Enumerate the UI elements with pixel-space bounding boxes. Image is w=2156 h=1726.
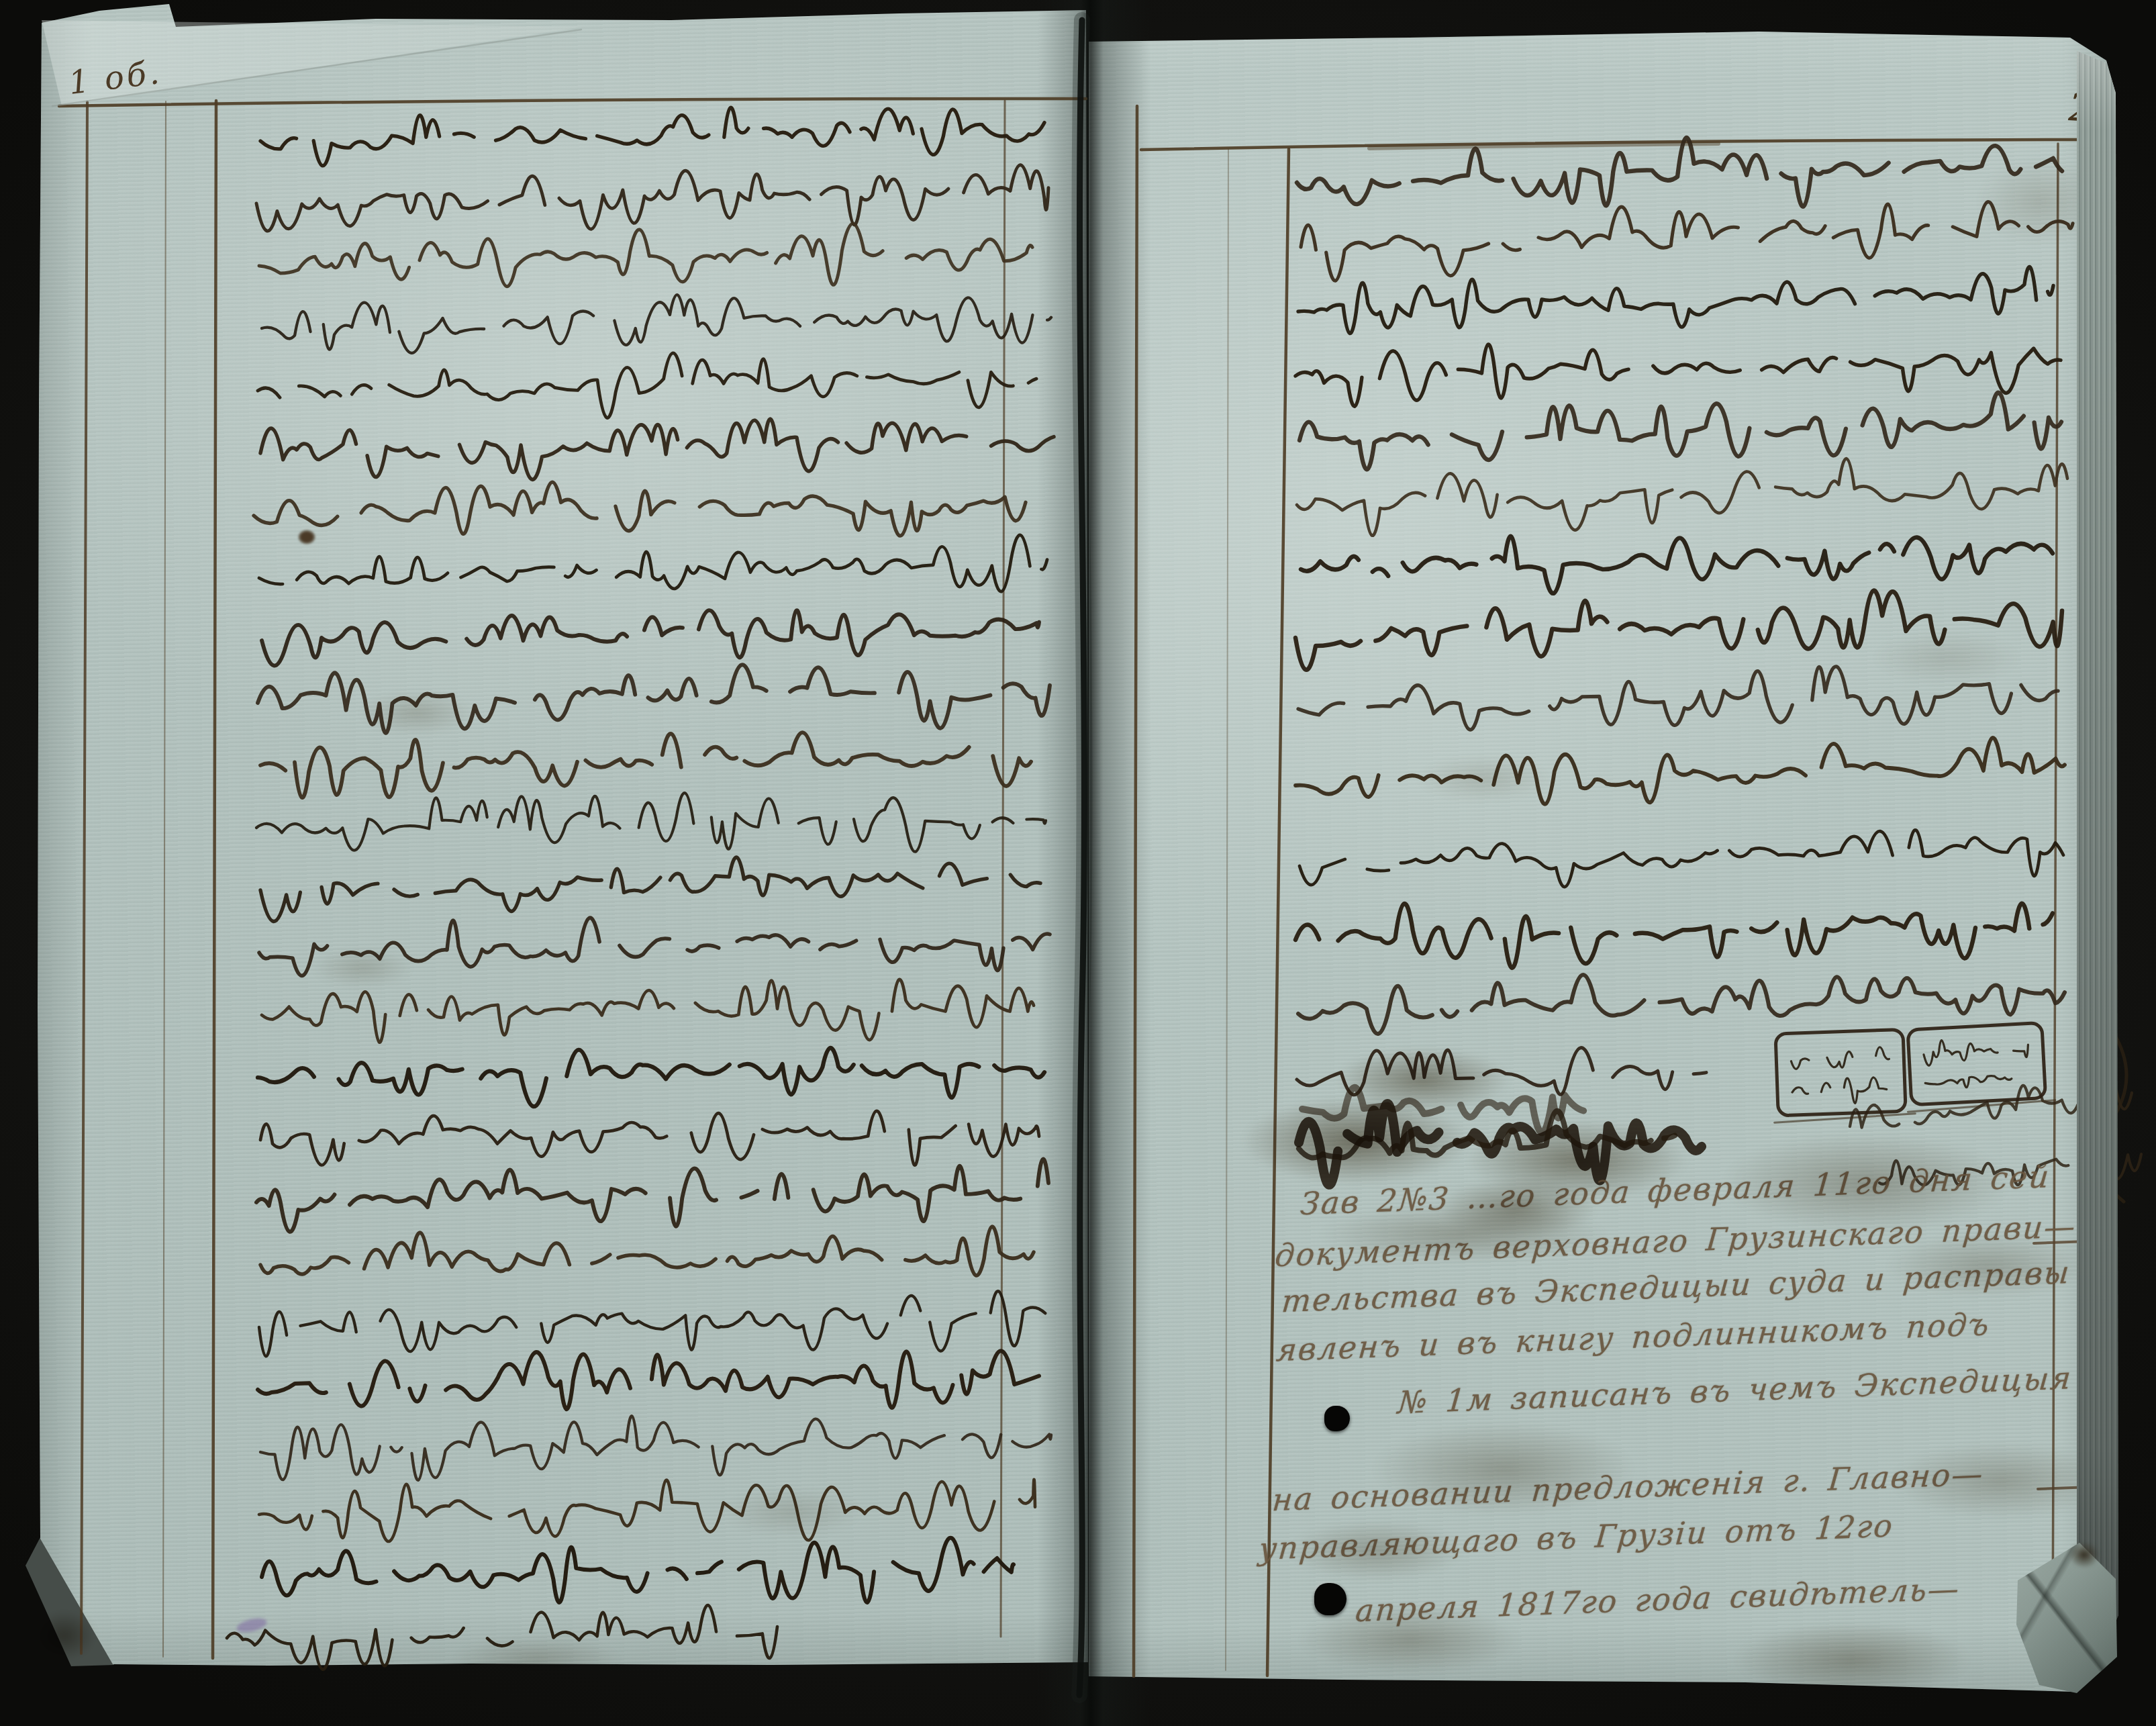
ink-bleed-stain — [1436, 1178, 1598, 1239]
ink-bleed-stain — [453, 1637, 621, 1680]
ink-bleed-stain — [1735, 1621, 1970, 1698]
ink-bleed-stain — [32, 1611, 96, 1661]
ink-bleed-stain — [1242, 1098, 1470, 1185]
ink-bleed-stain — [1873, 631, 2020, 685]
ink-bleed-stain — [1416, 755, 1551, 802]
ink-bleed-stain — [359, 691, 473, 735]
page-stack-edge — [2077, 51, 2120, 1693]
ink-bleed-stain — [722, 1487, 863, 1537]
russian-text-line: № 1м записанъ въ чемъ Экспедицыя — [1396, 1359, 2073, 1421]
ink-bleed-stain — [312, 948, 413, 988]
ink-bleed-stain — [1722, 1133, 2010, 1233]
ink-bleed-stain — [1373, 1422, 1634, 1516]
wormhole — [1324, 1406, 1350, 1431]
ink-bleed-stain — [1886, 1234, 2088, 1298]
wormhole — [1314, 1583, 1346, 1615]
manuscript-scan: 1 об. 2 Зав 2№3 …го года февраля 11го дн… — [0, 0, 2156, 1726]
ink-bleed-stain — [1289, 1521, 1463, 1581]
russian-certification-note: Зав 2№3 …го года февраля 11го дня сей до… — [0, 0, 2156, 1726]
corner-smudge — [2069, 1541, 2100, 1568]
